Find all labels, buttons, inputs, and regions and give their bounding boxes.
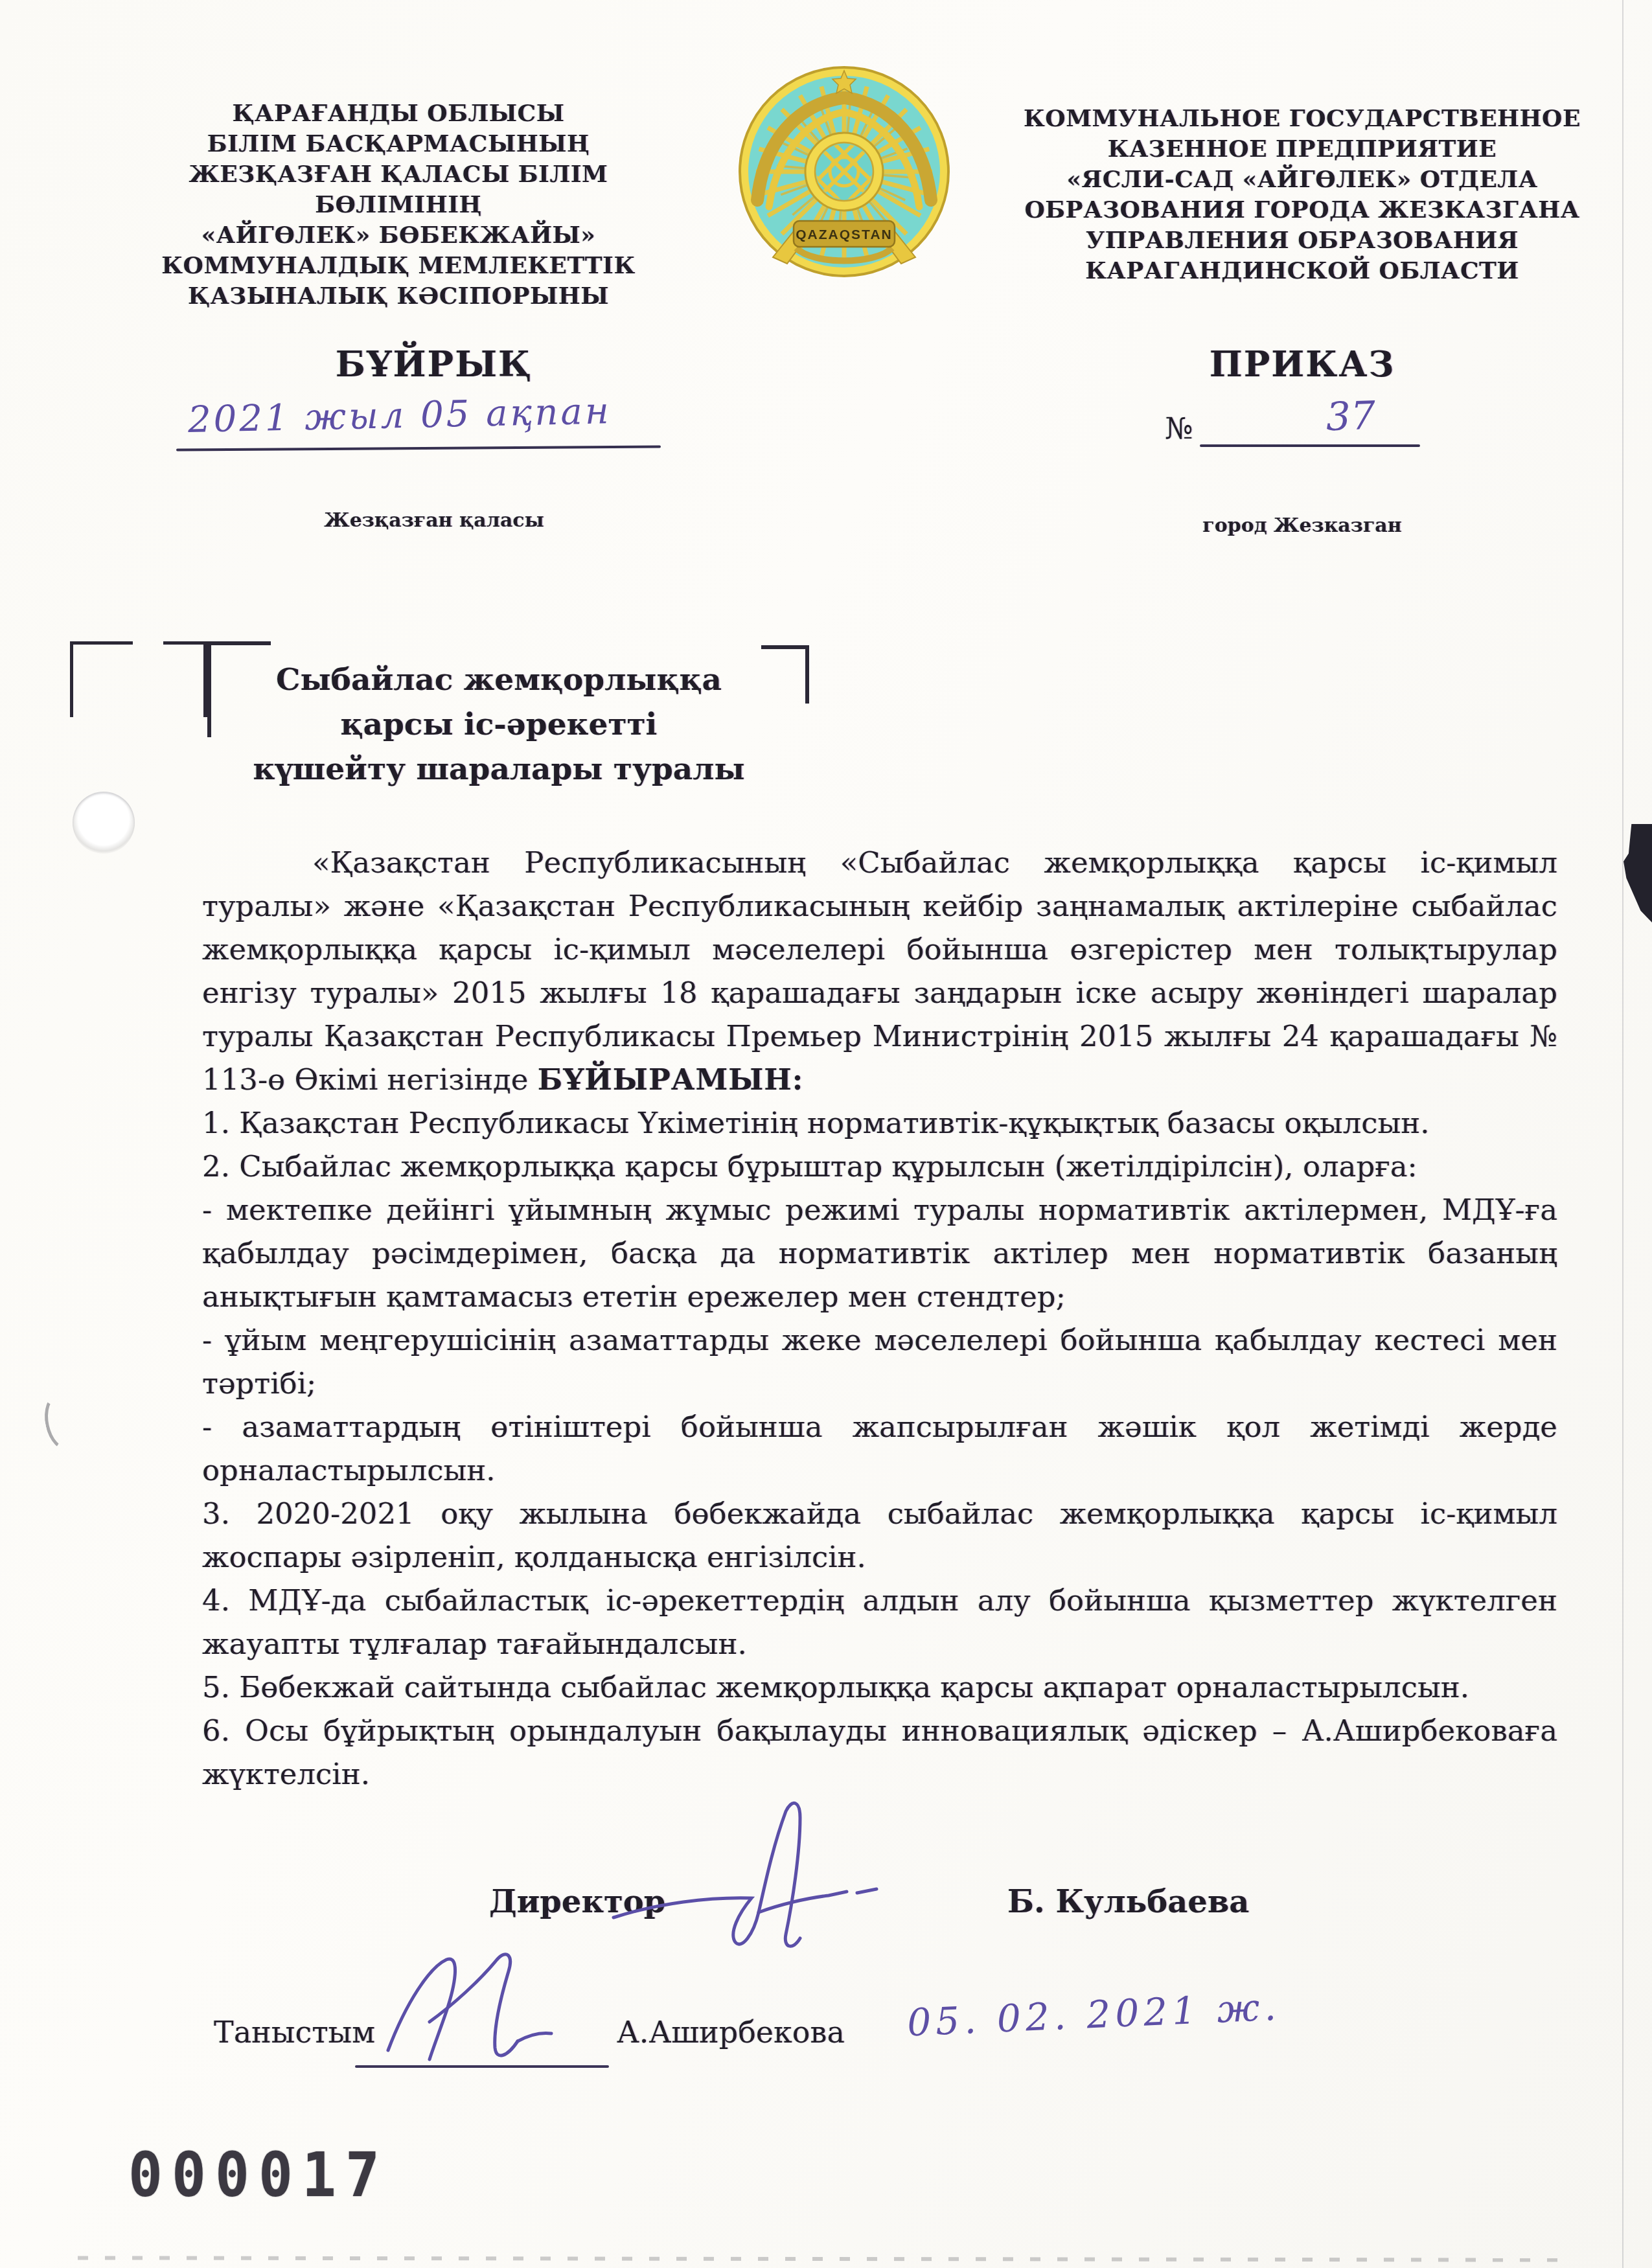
org-ru-line-3: «ЯСЛИ-САД «АЙГӨЛЕК» ОТДЕЛА [1007, 165, 1597, 195]
date-underline [176, 445, 661, 451]
handwritten-order-date: 2021 жыл 05 ақпан [187, 389, 680, 441]
place-russian: город Жезказган [1011, 514, 1594, 537]
org-kk-line-6: ҚАЗЫНАЛЫҚ КӘСІПОРЫНЫ [107, 281, 690, 312]
org-ru-line-2: КАЗЕННОЕ ПРЕДПРИЯТИЕ [1007, 134, 1597, 165]
order-item-2-sub-3: - азаматтардың өтініштері бойынша жапсыр… [202, 1405, 1557, 1492]
order-item-4: 4. МДҰ-да сыбайластық іс-әрекеттердің ал… [202, 1579, 1557, 1666]
order-item-2-sub-1: - мектепке дейінгі ұйымның жұмыс режимі … [202, 1188, 1557, 1318]
punch-hole-artifact [73, 792, 135, 854]
org-kk-line-4: «АЙГӨЛЕК» БӨБЕКЖАЙЫ» [107, 220, 690, 251]
org-ru-line-5: УПРАВЛЕНИЯ ОБРАЗОВАНИЯ [1007, 225, 1597, 256]
emblem-banner-text: QAZAQSTAN [796, 227, 892, 242]
smudge-artifact [40, 1390, 87, 1454]
resolve-word: БҰЙЫРАМЫН: [538, 1062, 804, 1097]
scan-edge-blob-artifact [1623, 824, 1652, 922]
acquainted-name: А.Аширбекова [617, 2015, 845, 2050]
scanned-order-document: ҚАРАҒАНДЫ ОБЛЫСЫ БІЛІМ БАСҚАРМАСЫНЫҢ ЖЕЗ… [0, 0, 1652, 2268]
order-subject-title: Сыбайлас жемқорлыққа қарсы іс-әрекетті к… [214, 658, 784, 792]
subject-line-1: Сыбайлас жемқорлыққа [214, 658, 784, 702]
place-kazakh: Жезқазған қаласы [110, 509, 758, 532]
kazakhstan-state-emblem: QAZAQSTAN [734, 62, 954, 282]
order-item-3: 3. 2020-2021 оқу жылына бөбекжайда сыбай… [202, 1492, 1557, 1579]
page-number-stamp: 000017 [128, 2139, 389, 2211]
order-body: «Қазақстан Республикасының «Сыбайлас жем… [202, 841, 1557, 1796]
page-edge-line [1622, 0, 1623, 2268]
order-item-2: 2. Сыбайлас жемқорлыққа қарсы бұрыштар қ… [202, 1145, 1557, 1188]
acquainted-label: Таныстым [214, 2015, 375, 2050]
org-kk-line-2: БІЛІМ БАСҚАРМАСЫНЫҢ [107, 129, 690, 159]
order-title-russian: ПРИКАЗ [1011, 343, 1594, 385]
director-signature [606, 1794, 910, 1969]
number-underline [1200, 444, 1420, 447]
subject-line-3: күшейту шаралары туралы [214, 747, 784, 792]
subject-line-2: қарсы іс-әрекетті [214, 702, 784, 747]
preamble-paragraph: «Қазақстан Республикасының «Сыбайлас жем… [202, 841, 1557, 1101]
org-ru-line-4: ОБРАЗОВАНИЯ ГОРОДА ЖЕЗКАЗГАНА [1007, 195, 1597, 225]
scan-bottom-noise [78, 2256, 1561, 2262]
number-sign: № [1165, 411, 1193, 446]
org-kk-line-1: ҚАРАҒАНДЫ ОБЛЫСЫ [107, 98, 690, 129]
corner-mark-left-1 [70, 641, 133, 717]
acquainted-underline [355, 2065, 609, 2068]
corner-mark-left-2 [163, 641, 207, 717]
order-item-6: 6. Осы бұйрықтың орындалуын бақылауды ин… [202, 1709, 1557, 1796]
order-item-5: 5. Бөбекжай сайтында сыбайлас жемқорлыққ… [202, 1666, 1557, 1709]
order-title-kazakh: БҰЙРЫҚ [110, 343, 758, 385]
handwritten-order-number: 37 [1269, 391, 1432, 442]
org-kk-line-5: КОММУНАЛДЫҚ МЕМЛЕКЕТТІК [107, 251, 690, 281]
handwritten-acquainted-date: 05. 02. 2021 ж. [906, 1979, 1400, 2045]
org-ru-line-6: КАРАГАНДИНСКОЙ ОБЛАСТИ [1007, 256, 1597, 286]
org-name-kazakh: ҚАРАҒАНДЫ ОБЛЫСЫ БІЛІМ БАСҚАРМАСЫНЫҢ ЖЕЗ… [107, 98, 690, 312]
org-kk-line-3: ЖЕЗҚАЗҒАН ҚАЛАСЫ БІЛІМ БӨЛІМІНІҢ [107, 159, 690, 220]
preamble-text: «Қазақстан Республикасының «Сыбайлас жем… [202, 845, 1557, 1097]
director-name: Б. Кульбаева [1007, 1884, 1249, 1920]
acquainted-signature [366, 1940, 612, 2076]
org-ru-line-1: КОММУНАЛЬНОЕ ГОСУДАРСТВЕННОЕ [1007, 104, 1597, 134]
order-item-2-sub-2: - ұйым меңгерушісінің азаматтарды жеке м… [202, 1318, 1557, 1405]
order-item-1: 1. Қазақстан Республикасы Үкіметінің нор… [202, 1101, 1557, 1145]
org-name-russian: КОММУНАЛЬНОЕ ГОСУДАРСТВЕННОЕ КАЗЕННОЕ ПР… [1007, 104, 1597, 286]
